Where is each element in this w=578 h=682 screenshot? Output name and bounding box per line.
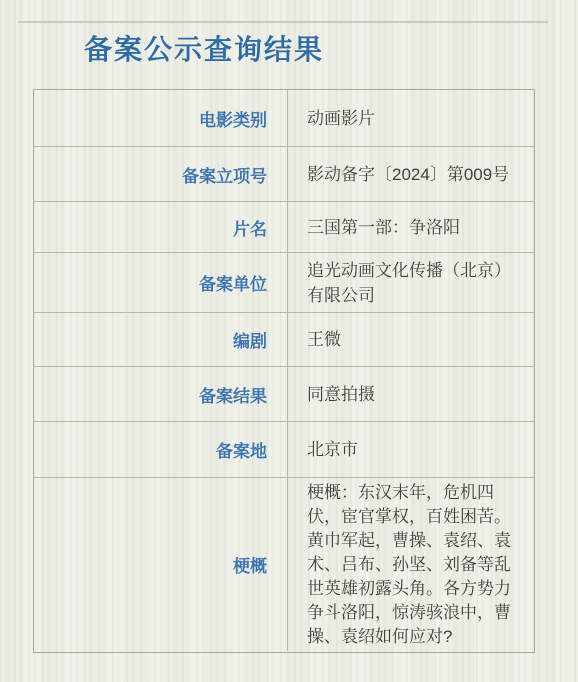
row-value-screenwriter: 王微 [288, 313, 534, 366]
row-value-registration-unit: 追光动画文化传播（北京）有限公司 [288, 253, 534, 312]
row-label-registration-place: 备案地 [34, 422, 288, 477]
table-row: 电影类别 动画影片 [34, 90, 534, 147]
row-value-text: 王微 [307, 327, 341, 352]
row-value-text: 追光动画文化传播（北京）有限公司 [307, 258, 526, 308]
row-value-film-category: 动画影片 [288, 90, 534, 146]
table-row: 备案单位 追光动画文化传播（北京）有限公司 [34, 253, 534, 313]
row-label-registration-number: 备案立项号 [34, 147, 288, 201]
row-value-text: 梗概：东汉末年，危机四伏，宦官掌权，百姓困苦。黄巾军起，曹操、袁绍、袁术、吕布、… [307, 481, 526, 649]
page-title: 备案公示查询结果 [84, 28, 324, 68]
table-row: 备案结果 同意拍摄 [34, 367, 534, 422]
row-value-registration-place: 北京市 [288, 422, 534, 477]
row-value-text: 同意拍摄 [307, 382, 375, 407]
table-row: 备案地 北京市 [34, 422, 534, 478]
row-value-text: 影动备字〔2024〕第009号 [307, 162, 509, 187]
row-label-film-title: 片名 [34, 202, 288, 252]
row-value-text: 动画影片 [307, 106, 375, 131]
row-label-screenwriter: 编剧 [34, 313, 288, 366]
row-label-registration-result: 备案结果 [34, 367, 288, 421]
registration-result-table: 电影类别 动画影片 备案立项号 影动备字〔2024〕第009号 片名 三国第一部… [33, 89, 535, 653]
top-divider [18, 21, 548, 23]
row-value-text: 北京市 [307, 437, 358, 462]
row-value-film-title: 三国第一部：争洛阳 [288, 202, 534, 252]
row-value-synopsis: 梗概：东汉末年，危机四伏，宦官掌权，百姓困苦。黄巾军起，曹操、袁绍、袁术、吕布、… [288, 478, 534, 651]
table-row: 备案立项号 影动备字〔2024〕第009号 [34, 147, 534, 202]
row-value-text: 三国第一部：争洛阳 [307, 215, 460, 240]
row-label-film-category: 电影类别 [34, 90, 288, 146]
row-label-registration-unit: 备案单位 [34, 253, 288, 312]
row-value-registration-number: 影动备字〔2024〕第009号 [288, 147, 534, 201]
table-row: 片名 三国第一部：争洛阳 [34, 202, 534, 253]
table-row: 编剧 王微 [34, 313, 534, 367]
row-label-synopsis: 梗概 [34, 478, 288, 651]
table-row: 梗概 梗概：东汉末年，危机四伏，宦官掌权，百姓困苦。黄巾军起，曹操、袁绍、袁术、… [34, 478, 534, 651]
query-result-page: 备案公示查询结果 电影类别 动画影片 备案立项号 影动备字〔2024〕第009号… [0, 0, 578, 682]
row-value-registration-result: 同意拍摄 [288, 367, 534, 421]
